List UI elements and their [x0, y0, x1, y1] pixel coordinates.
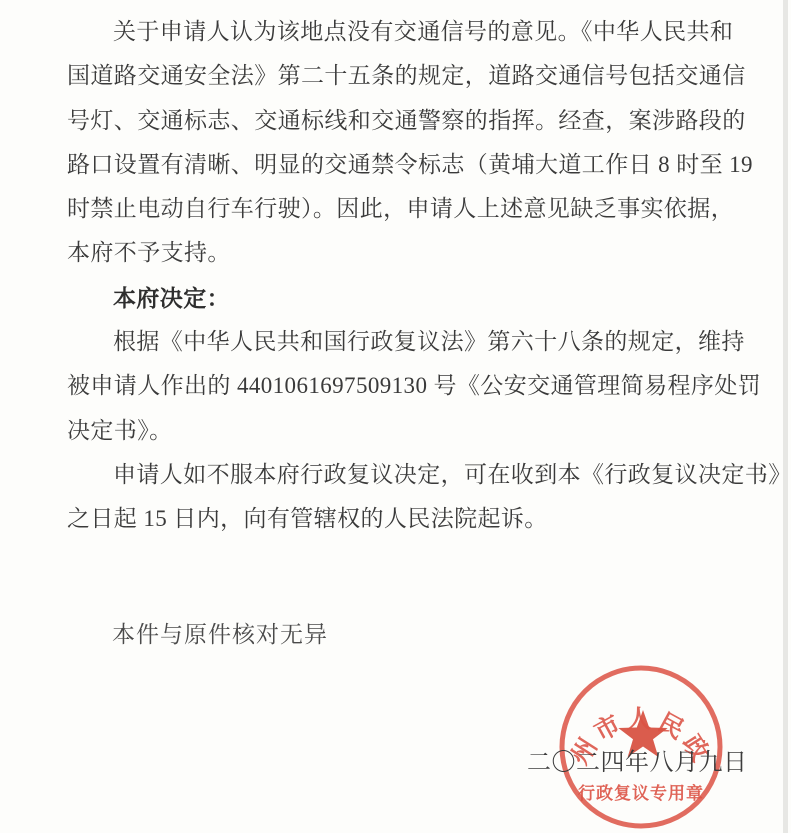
paragraph-opinion-line: 号灯、交通标志、交通标线和交通警察的指挥。经查，案涉路段的: [67, 99, 759, 143]
verification-note: 本件与原件核对无异: [112, 616, 328, 649]
paragraph-opinion-line: 国道路交通安全法》第二十五条的规定，道路交通信号包括交通信: [67, 54, 759, 98]
paragraph-opinion-line: 本府不予支持。: [67, 231, 759, 275]
document-page: 关于申请人认为该地点没有交通信号的意见。《中华人民共和 国道路交通安全法》第二十…: [0, 0, 791, 833]
paragraph-opinion-line: 关于申请人认为该地点没有交通信号的意见。《中华人民共和: [67, 10, 759, 54]
paragraph-decision-line: 决定书》。: [67, 409, 759, 453]
paragraph-opinion-line: 路口设置有清晰、明显的交通禁令标志（黄埔大道工作日 8 时至 19: [67, 143, 759, 187]
decision-date: 二〇二四年八月九日: [527, 742, 748, 777]
paragraph-appeal-line: 申请人如不服本府行政复议决定，可在收到本《行政复议决定书》: [67, 453, 759, 497]
document-body: 关于申请人认为该地点没有交通信号的意见。《中华人民共和 国道路交通安全法》第二十…: [67, 10, 759, 542]
paragraph-decision-line: 被申请人作出的 4401061697509130 号《公安交通管理简易程序处罚: [67, 364, 759, 408]
paragraph-decision-line: 根据《中华人民共和国行政复议法》第六十八条的规定，维持: [67, 320, 759, 364]
paragraph-opinion-line: 时禁止电动自行车行驶）。因此，申请人上述意见缺乏事实依据，: [67, 187, 759, 231]
paragraph-appeal-line: 之日起 15 日内，向有管辖权的人民法院起诉。: [67, 497, 759, 541]
scan-edge-strip: [783, 0, 788, 833]
decision-heading: 本府决定：: [67, 276, 759, 320]
seal-bottom-label: 行政复议专用章: [578, 783, 704, 803]
